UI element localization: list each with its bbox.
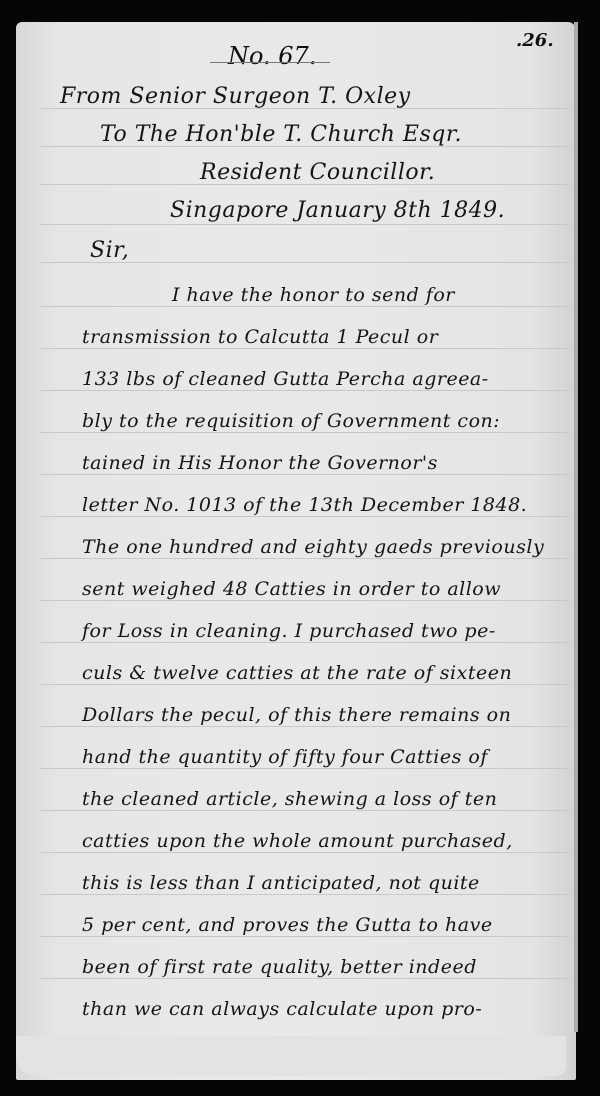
ruled-line <box>40 726 570 727</box>
body-line: sent weighed 48 Catties in order to allo… <box>82 578 501 600</box>
body-line: transmission to Calcutta 1 Pecul or <box>82 326 438 348</box>
body-line: culs & twelve catties at the rate of six… <box>82 662 512 684</box>
ruled-line <box>40 516 570 517</box>
page-right-edge <box>574 22 578 1032</box>
body-line: 133 lbs of cleaned Gutta Percha agreea- <box>82 368 489 390</box>
body-line: this is less than I anticipated, not qui… <box>82 872 480 894</box>
ruled-line <box>40 432 570 433</box>
from-line: From Senior Surgeon T. Oxley <box>60 84 411 109</box>
salutation: Sir, <box>90 238 129 263</box>
body-line: I have the honor to send for <box>172 284 455 306</box>
ruled-line <box>40 390 570 391</box>
ruled-line <box>40 810 570 811</box>
body-line: The one hundred and eighty gaeds previou… <box>82 536 544 558</box>
ruled-line <box>40 642 570 643</box>
ruled-line <box>40 224 570 225</box>
body-line: catties upon the whole amount purchased, <box>82 830 513 852</box>
letter-number-underline <box>210 62 330 63</box>
to-line: To The Hon'ble T. Church Esqr. <box>100 122 462 147</box>
body-line: letter No. 1013 of the 13th December 184… <box>82 494 527 516</box>
body-line: 5 per cent, and proves the Gutta to have <box>82 914 493 936</box>
page-torn-bottom-edge <box>16 1036 566 1076</box>
place-date-line: Singapore January 8th 1849. <box>170 198 505 223</box>
recipient-title: Resident Councillor. <box>200 160 435 185</box>
ruled-line <box>40 348 570 349</box>
ruled-line <box>40 474 570 475</box>
ruled-line <box>40 852 570 853</box>
body-line: than we can always calculate upon pro- <box>82 998 482 1020</box>
ruled-line <box>40 600 570 601</box>
body-line: the cleaned article, shewing a loss of t… <box>82 788 497 810</box>
ruled-line <box>40 306 570 307</box>
body-line: tained in His Honor the Governor's <box>82 452 438 474</box>
ruled-line <box>40 978 570 979</box>
ruled-line <box>40 894 570 895</box>
ruled-line <box>40 558 570 559</box>
ruled-line <box>40 768 570 769</box>
ruled-line <box>40 936 570 937</box>
body-line: Dollars the pecul, of this there remains… <box>82 704 511 726</box>
letter-number: No. 67. <box>228 42 316 70</box>
body-line: been of first rate quality, better indee… <box>82 956 477 978</box>
body-line: hand the quantity of fifty four Catties … <box>82 746 488 768</box>
body-line: for Loss in cleaning. I purchased two pe… <box>82 620 496 642</box>
ruled-line <box>40 684 570 685</box>
body-line: bly to the requisition of Government con… <box>82 410 500 432</box>
folio-number: .26. <box>516 30 554 51</box>
